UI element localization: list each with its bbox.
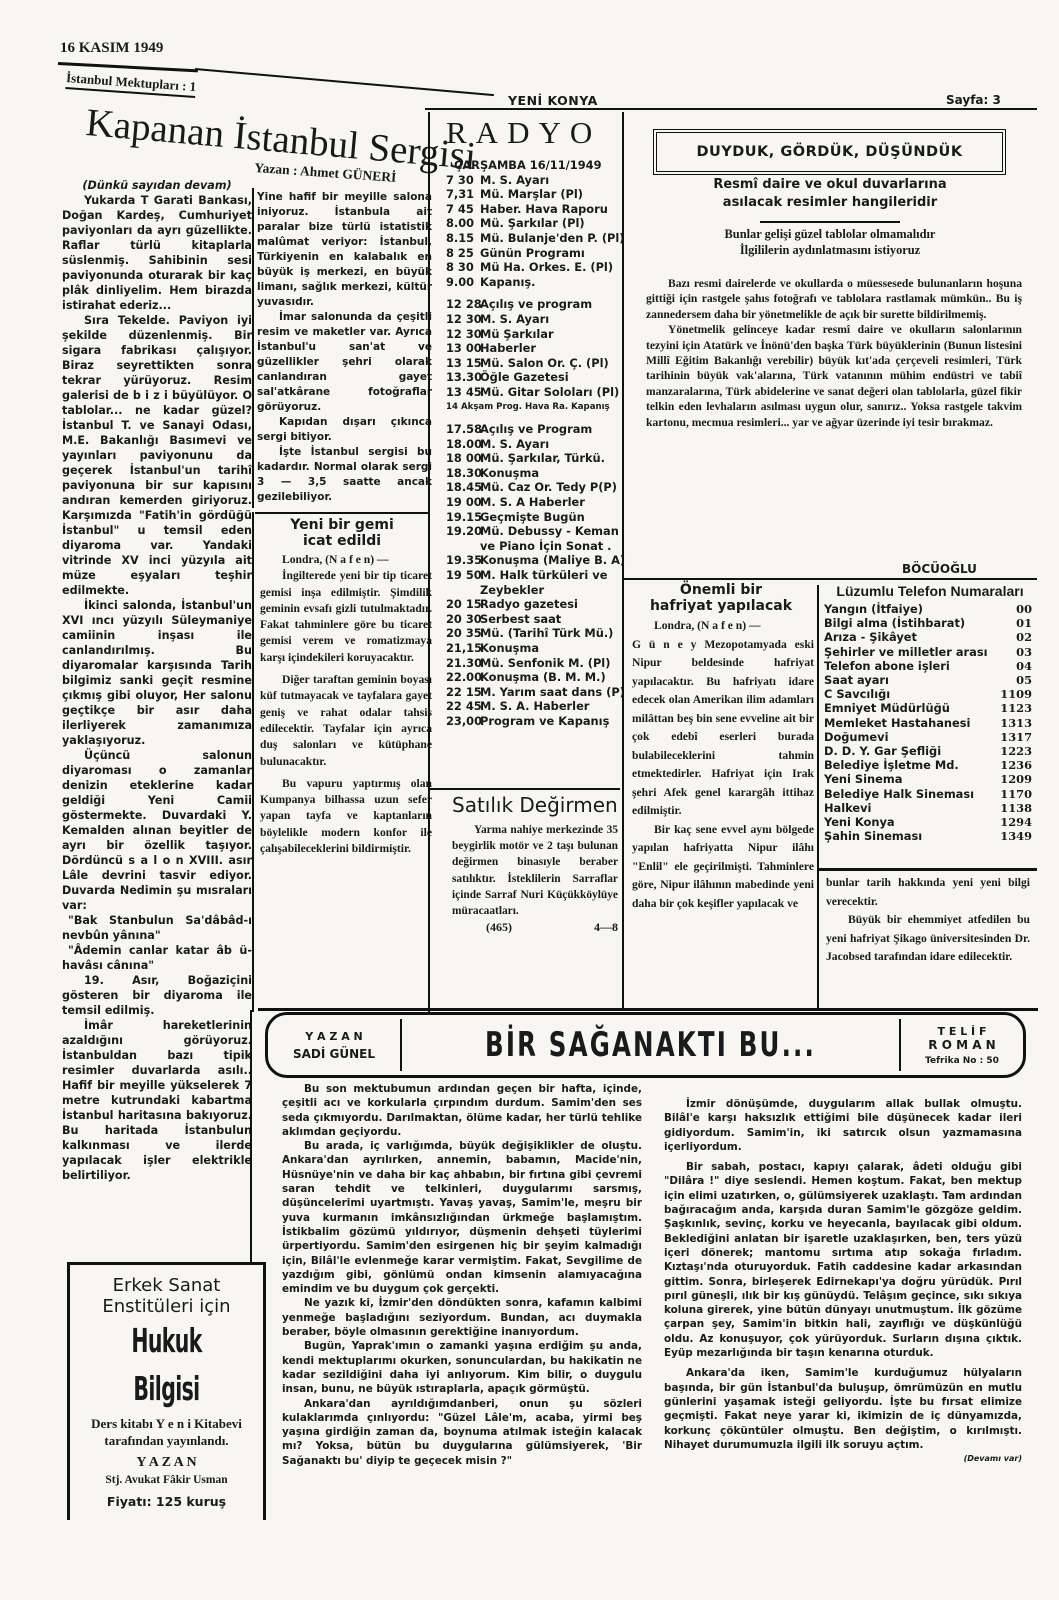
radyo-time: 19.20: [446, 524, 480, 539]
radyo-program: Serbest saat: [480, 612, 561, 627]
column-rule: [252, 188, 254, 508]
radyo-time: 20 15: [446, 597, 480, 612]
radyo-program-row: 18.00M. S. Ayarı: [446, 437, 626, 452]
radyo-program-row: 13 15Mü. Salon Or. Ç. (Pl): [446, 356, 626, 371]
telefon-name: Bilgi alma (İstihbarat): [824, 616, 965, 630]
telefon-number: 1223: [1000, 744, 1032, 758]
telefon-name: Saat ayarı: [824, 673, 889, 687]
paragraph: Ne yazık ki, İzmir'den döndükten sonra, …: [282, 1296, 642, 1339]
radyo-program: Haber. Hava Raporu: [480, 202, 608, 217]
radyo-time: 9.00: [446, 275, 480, 290]
hafriyat-body: Londra, (N a f e n) — G ü n e y Mezopota…: [632, 617, 814, 913]
duyduk-signature: BÖCÜOĞLU: [902, 562, 977, 576]
telefon-number: 05: [1016, 673, 1032, 687]
radyo-time: 22.00: [446, 670, 480, 685]
roman-author: SADİ GÜNEL: [268, 1047, 400, 1061]
radyo-time: 8.15: [446, 231, 480, 246]
column-rule: [817, 585, 819, 1010]
gemi-title-line2: icat edildi: [256, 533, 428, 549]
radyo-time: 21.30: [446, 656, 480, 671]
radyo-program: Mü. Marşlar (Pl): [480, 187, 583, 202]
radyo-program-row: ve Piano İçin Sonat .: [446, 539, 626, 554]
radyo-program: Radyo gazetesi: [480, 597, 578, 612]
radyo-program-row: 12 28Açılış ve program: [446, 297, 626, 312]
radyo-program: Mü Ha. Orkes. E. (Pl): [480, 260, 613, 275]
radyo-program-row: 8 30Mü Ha. Orkes. E. (Pl): [446, 260, 626, 275]
sergi-column-2: Yine hafif bir meyille salona iniyoruz. …: [257, 190, 432, 505]
paragraph: Sıra Tekelde. Paviyon iyi şekilde düzenl…: [62, 313, 252, 598]
telefon-number: 1209: [1000, 772, 1032, 786]
telefon-name: Halkevi: [824, 801, 871, 815]
radyo-program: Öğle Gazetesi: [480, 370, 569, 385]
radyo-time: 8.00: [446, 216, 480, 231]
radyo-program-row: 13 45Mü. Gitar Soloları (Pl): [446, 385, 626, 400]
roman-installment: Tefrika No : 50: [901, 1056, 1023, 1066]
radyo-program-row: 8.15Mü. Bulanje'den P. (Pl): [446, 231, 626, 246]
ad-title: Hukuk Bilgisi: [107, 1317, 227, 1413]
radyo-program-row: 18.30Konuşma: [446, 466, 626, 481]
column-rule: [252, 512, 254, 1012]
paragraph: Bu son mektubumun ardından geçen bir haf…: [282, 1082, 642, 1139]
radyo-evening-list: 17.58Açılış ve Program18.00M. S. Ayarı18…: [446, 422, 626, 728]
radyo-program-row: 13 00Haberler: [446, 341, 626, 356]
hafriyat-title: Önemli bir hafriyat yapılacak: [628, 582, 814, 614]
radyo-time: 12 30: [446, 327, 480, 342]
telefon-row: Yangın (İtfaiye)00: [824, 602, 1032, 616]
paragraph: Yönetmelik gelinceye kadar resmî daire v…: [646, 322, 1022, 430]
radyo-time: 7,31: [446, 187, 480, 202]
radyo-program-row: 7 30M. S. Ayarı: [446, 173, 626, 188]
telefon-row: Bilgi alma (İstihbarat)01: [824, 616, 1032, 630]
verse-line: "Âdemin canlar katar âb ü-havâsı cânına": [62, 943, 252, 973]
radyo-time: 23,00: [446, 714, 480, 729]
ad-author: Stj. Avukat Fâkir Usman: [70, 1474, 263, 1486]
roman-yazan: Y A Z A N: [268, 1030, 400, 1043]
radyo-program-row: 20 15Radyo gazetesi: [446, 597, 626, 612]
hafriyat-continuation: bunlar tarih hakkında yeni yeni bilgi ve…: [826, 874, 1030, 967]
radyo-program: Açılış ve program: [480, 297, 592, 312]
duyduk-sub-line2: İlgililerin aydınlatmasını istiyoruz: [630, 242, 1030, 258]
radyo-program: Mü Şarkılar: [480, 327, 554, 342]
left-page-rule: [250, 1010, 252, 1265]
radyo-program-row: 21,15Konuşma: [446, 641, 626, 656]
paragraph: Yukarda T Garati Bankası, Doğan Kardeş, …: [62, 193, 252, 313]
radyo-program: Konuşma (B. M. M.): [480, 670, 606, 685]
paragraph: bunlar tarih hakkında yeni yeni bilgi ve…: [826, 874, 1030, 911]
radyo-time: [446, 539, 480, 554]
paragraph: İkinci salonda, İstanbul'un XVI ıncı yüz…: [62, 598, 252, 748]
telefon-row: Doğumevi1317: [824, 730, 1032, 744]
ad-degirmen-text: Yarma nahiye merkezinde 35 beygirlik mot…: [452, 822, 618, 919]
radyo-program-row: 18.45Mü. Caz Or. Tedy P(P): [446, 480, 626, 495]
radyo-program-row: 19 00M. S. A Haberler: [446, 495, 626, 510]
radyo-program: Konuşma: [480, 466, 539, 481]
roman-author-box: Y A Z A N SADİ GÜNEL: [268, 1019, 402, 1071]
radyo-time: 13 15: [446, 356, 480, 371]
telefon-row: Saat ayarı05: [824, 673, 1032, 687]
radyo-program: Mü. Bulanje'den P. (Pl): [480, 231, 625, 246]
telefon-row: C Savcılığı1109: [824, 687, 1032, 701]
telefon-number: 1109: [1000, 687, 1032, 701]
section-rule: [430, 788, 620, 790]
gemi-title-line1: Yeni bir gemi: [256, 517, 428, 533]
radyo-program-row: 20 35Mü. (Tarihî Türk Mü.): [446, 626, 626, 641]
radyo-program: M. S. Ayarı: [480, 173, 549, 188]
radyo-program-row: 22 45M. S. A. Haberler: [446, 699, 626, 714]
section-rule: [258, 1008, 1038, 1011]
telefon-row: Arıza - Şikâyet02: [824, 630, 1032, 644]
radyo-time: 13.30: [446, 370, 480, 385]
paragraph: Ankara'dan ayrıldığımdanberi, onun şu sö…: [282, 1397, 642, 1468]
roman-telif: T E L İ F: [901, 1025, 1023, 1038]
telefon-row: D. D. Y. Gar Şefliği1223: [824, 744, 1032, 758]
telefon-row: Emniyet Müdürlüğü1123: [824, 701, 1032, 715]
telefon-number: 1236: [1000, 758, 1032, 772]
telefon-row: Yeni Sinema1209: [824, 772, 1032, 786]
telefon-name: D. D. Y. Gar Şefliği: [824, 744, 941, 758]
ad-yazan: Y A Z A N: [70, 1455, 263, 1471]
ad-body: Ders kitabı Y e n i Kitabevi tarafından …: [70, 1413, 263, 1451]
paragraph: İşte İstanbul sergisi bu kadardır. Norma…: [257, 445, 432, 505]
radyo-program: Mü. Şarkılar, Türkü.: [480, 451, 605, 466]
radyo-program-row: 23,00Program ve Kapanış: [446, 714, 626, 729]
paragraph: İzmir dönüşümde, duygularım allak bullak…: [664, 1097, 1022, 1154]
radyo-program: Açılış ve Program: [480, 422, 592, 437]
ad-degirmen-body: Yarma nahiye merkezinde 35 beygirlik mot…: [452, 822, 618, 935]
radyo-time: 20 35: [446, 626, 480, 641]
radyo-program-row: 12 30Mü Şarkılar: [446, 327, 626, 342]
radyo-program-row: 7,31Mü. Marşlar (Pl): [446, 187, 626, 202]
telefon-name: Şahin Sineması: [824, 829, 922, 843]
radyo-time: 19.35: [446, 553, 480, 568]
paragraph: İmar salonunda da çeşitli resim ve maket…: [257, 310, 432, 415]
dateline: Londra, (N a f e n) —: [632, 617, 814, 636]
telefon-name: Şehirler ve milletler arası: [824, 645, 988, 659]
gemi-body: Londra, (N a f e n) — İngilterede yeni b…: [260, 552, 432, 857]
radyo-time: 13 45: [446, 385, 480, 400]
duyduk-headline: Resmî daire ve okul duvarlarına asılacak…: [630, 176, 1030, 212]
radyo-time: 19 00: [446, 495, 480, 510]
telefon-number: 02: [1016, 630, 1032, 644]
masthead-rule-wave: [195, 68, 494, 96]
radyo-program: Mü. Şarkılar (Pl): [480, 216, 585, 231]
telefon-list: Yangın (İtfaiye)00Bilgi alma (İstihbarat…: [824, 602, 1032, 843]
continues-note: (Devamı var): [664, 1452, 1022, 1466]
paragraph: Üçüncü salonun diyaroması o zamanlar den…: [62, 748, 252, 913]
telefon-number: 04: [1016, 659, 1032, 673]
radyo-program: Program ve Kapanış: [480, 714, 609, 729]
telefon-title: Lüzumlu Telefon Numaraları: [826, 583, 1034, 599]
roman-banner: Y A Z A N SADİ GÜNEL BİR SAĞANAKTI BU...…: [265, 1012, 1026, 1078]
radyo-time: 19 50: [446, 568, 480, 583]
issue-date: 16 KASIM 1949: [60, 40, 163, 57]
radyo-time: 19.15: [446, 510, 480, 525]
telefon-name: Doğumevi: [824, 730, 888, 744]
paragraph: Büyük bir ehemmiyet atfedilen bu yeni ha…: [826, 911, 1030, 967]
roman-column-1: Bu son mektubumun ardından geçen bir haf…: [282, 1082, 642, 1468]
telefon-number: 1313: [1000, 716, 1032, 730]
radyo-morning-list: 7 30M. S. Ayarı7,31Mü. Marşlar (Pl)7 45H…: [446, 173, 626, 290]
hafriyat-title-line2: hafriyat yapılacak: [628, 598, 814, 614]
radyo-time: 21,15: [446, 641, 480, 656]
telefon-number: 1317: [1000, 730, 1032, 744]
ad-issue: 4—8: [594, 919, 618, 935]
telefon-name: Yangın (İtfaiye): [824, 602, 923, 616]
telefon-number: 00: [1016, 602, 1032, 616]
radyo-program: Geçmişte Bugün: [480, 510, 585, 525]
radyo-program: Mü. Gitar Soloları (Pl): [480, 385, 619, 400]
telefon-row: Belediye İşletme Md.1236: [824, 758, 1032, 772]
roman-title: BİR SAĞANAKTI BU...: [472, 1025, 830, 1065]
telefon-number: 1349: [1000, 829, 1032, 843]
paragraph: Kapıdan dışarı çıkınca sergi bitiyor.: [257, 415, 432, 445]
ad-line-2: Enstitüleri için: [70, 1296, 263, 1317]
dateline: Londra, (N a f e n) —: [260, 552, 432, 568]
duyduk-headline-line2: asılacak resimler hangileridir: [630, 194, 1030, 212]
duyduk-sub-line1: Bunlar gelişi güzel tablolar olmamalıdır: [630, 226, 1030, 242]
radyo-time: 22 15: [446, 685, 480, 700]
radyo-time: 13 00: [446, 341, 480, 356]
radyo-time: 17.58: [446, 422, 480, 437]
radyo-time: [446, 583, 480, 598]
radyo-program-row: 12 30M. S. Ayarı: [446, 312, 626, 327]
radyo-program: M. Halk türküleri ve: [480, 568, 607, 583]
radyo-program-row: 19.20Mü. Debussy - Keman: [446, 524, 626, 539]
radyo-time: 22 45: [446, 699, 480, 714]
telefon-row: Telefon abone işleri04: [824, 659, 1032, 673]
telefon-name: Yeni Sinema: [824, 772, 902, 786]
gemi-title: Yeni bir gemi icat edildi: [256, 517, 428, 549]
radyo-time: 12 30: [446, 312, 480, 327]
telefon-row: Memleket Hastahanesi1313: [824, 716, 1032, 730]
paragraph: Yine hafif bir meyille salona iniyoruz. …: [257, 190, 432, 310]
telefon-row: Halkevi1138: [824, 801, 1032, 815]
paragraph: G ü n e y Mezopotamyada eski Nipur belde…: [632, 636, 814, 821]
paragraph: Bazı resmi dairelerde ve okullarda o müe…: [646, 276, 1022, 322]
hafriyat-title-line1: Önemli bir: [628, 582, 814, 598]
telefon-number: 01: [1016, 616, 1032, 630]
telefon-number: 03: [1016, 645, 1032, 659]
telefon-number: 1138: [1000, 801, 1032, 815]
telefon-name: Emniyet Müdürlüğü: [824, 701, 950, 715]
series-label: İstanbul Mektupları : 1: [65, 70, 196, 98]
radyo-noon-list: 12 28Açılış ve program12 30M. S. Ayarı12…: [446, 297, 626, 399]
radyo-schedule: ÇARŞAMBA 16/11/1949 7 30M. S. Ayarı7,31M…: [446, 158, 626, 729]
paragraph: İmâr hareketlerinin azaldığını görüyoruz…: [62, 1018, 252, 1183]
radyo-program: Zeybekler: [480, 583, 544, 598]
radyo-program: Konuşma: [480, 641, 539, 656]
radyo-program-row: 17.58Açılış ve Program: [446, 422, 626, 437]
paragraph: Ankara'da iken, Samim'le kurduğumuz hüly…: [664, 1366, 1022, 1452]
telefon-name: Arıza - Şikâyet: [824, 630, 917, 644]
paragraph: Diğer taraftan geminin boyası küf tutmay…: [260, 672, 432, 770]
duyduk-subhead: Bunlar gelişi güzel tablolar olmamalıdır…: [630, 226, 1030, 258]
radyo-program: M. S. Ayarı: [480, 312, 549, 327]
radyo-program-row: 20 30Serbest saat: [446, 612, 626, 627]
radyo-program-row: 19.15Geçmişte Bugün: [446, 510, 626, 525]
radyo-title: RADYO: [446, 115, 601, 151]
radyo-program-row: 8 25Günün Programı: [446, 246, 626, 261]
telefon-name: Telefon abone işleri: [824, 659, 950, 673]
telefon-name: Memleket Hastahanesi: [824, 716, 970, 730]
paragraph: Bir sabah, postacı, kapıyı çalarak, âdet…: [664, 1160, 1022, 1360]
ad-line-1: Erkek Sanat: [70, 1275, 263, 1296]
ad-hukuk-bilgisi: Erkek Sanat Enstitüleri için Hukuk Bilgi…: [67, 1262, 266, 1520]
radyo-program-row: 21.30Mü. Senfonik M. (Pl): [446, 656, 626, 671]
radyo-program: M. Yarım saat dans (P): [480, 685, 625, 700]
paragraph: Bugün, Yaprak'ımın o zamanki yaşına erdi…: [282, 1339, 642, 1396]
telefon-row: Şehirler ve milletler arası03: [824, 645, 1032, 659]
radyo-time: 20 30: [446, 612, 480, 627]
radyo-program-row: 19 50M. Halk türküleri ve: [446, 568, 626, 583]
radyo-program: Mü. Senfonik M. (Pl): [480, 656, 610, 671]
section-rule: [819, 868, 1037, 871]
radyo-time: 18.00: [446, 437, 480, 452]
radyo-program: ve Piano İçin Sonat .: [480, 539, 612, 554]
telefon-number: 1170: [1000, 787, 1032, 801]
radyo-time: 8 25: [446, 246, 480, 261]
radyo-time: 7 30: [446, 173, 480, 188]
paragraph: Bu arada, iç varlığımda, büyük değişikli…: [282, 1139, 642, 1296]
radyo-noon-note: 14 Akşam Prog. Hava Ra. Kapanış: [446, 400, 626, 415]
radyo-time: 7 45: [446, 202, 480, 217]
radyo-program: Kapanış.: [480, 275, 535, 290]
radyo-program: Mü. (Tarihî Türk Mü.): [480, 626, 613, 641]
telefon-row: Şahin Sineması1349: [824, 829, 1032, 843]
radyo-program: Konuşma (Maliye B. A): [480, 553, 625, 568]
headline-rule: [760, 221, 900, 223]
roman-label: R O M A N: [901, 1038, 1023, 1052]
duyduk-body: Bazı resmi dairelerde ve okullarda o müe…: [646, 276, 1022, 430]
paragraph: Bir kaç sene evvel aynı bölgede yapılan …: [632, 821, 814, 914]
telefon-name: Belediye Halk Sineması: [824, 787, 974, 801]
roman-column-2: İzmir dönüşümde, duygularım allak bullak…: [664, 1097, 1022, 1466]
radyo-program: Mü. Caz Or. Tedy P(P): [480, 480, 617, 495]
roman-info-box: T E L İ F R O M A N Tefrika No : 50: [899, 1019, 1023, 1071]
newspaper-page: 16 KASIM 1949 İstanbul Mektupları : 1 YE…: [0, 0, 1059, 1600]
radyo-program-row: 8.00Mü. Şarkılar (Pl): [446, 216, 626, 231]
radyo-program: Mü. Debussy - Keman: [480, 524, 619, 539]
radyo-time: 18.45: [446, 480, 480, 495]
column-rule: [428, 112, 430, 1012]
radyo-program: Haberler: [480, 341, 536, 356]
radyo-time: 8 30: [446, 260, 480, 275]
page-number: Sayfa: 3: [946, 93, 1001, 107]
ad-price: Fiyatı: 125 kuruş: [70, 1494, 263, 1509]
radyo-program: M. S. Ayarı: [480, 437, 549, 452]
verse-line: "Bak Stanbulun Sa'dâbâd-ı nevbûn yânına": [62, 913, 252, 943]
ad-ref: (465): [486, 919, 512, 935]
section-rule: [255, 512, 430, 514]
radyo-program: M. S. A. Haberler: [480, 699, 589, 714]
radyo-program-row: 18 00Mü. Şarkılar, Türkü.: [446, 451, 626, 466]
radyo-program-row: 13.30Öğle Gazetesi: [446, 370, 626, 385]
radyo-program: M. S. A Haberler: [480, 495, 585, 510]
radyo-time: 18.30: [446, 466, 480, 481]
radyo-time: 12 28: [446, 297, 480, 312]
duyduk-banner: DUYDUK, GÖRDÜK, DÜŞÜNDÜK: [653, 129, 1006, 175]
radyo-program-row: 22 15M. Yarım saat dans (P): [446, 685, 626, 700]
ad-degirmen-title: Satılık Değirmen: [452, 793, 618, 817]
telefon-number: 1294: [1000, 815, 1032, 829]
telefon-number: 1123: [1000, 701, 1032, 715]
duyduk-banner-text: DUYDUK, GÖRDÜK, DÜŞÜNDÜK: [696, 144, 962, 160]
radyo-program-row: 9.00Kapanış.: [446, 275, 626, 290]
paragraph: 19. Asır, Boğaziçini gösteren bir diyaro…: [62, 973, 252, 1018]
column-rule: [622, 112, 624, 1010]
section-rule: [624, 578, 1037, 580]
paper-name: YENİ KONYA: [508, 93, 598, 108]
radyo-program-row: 7 45Haber. Hava Raporu: [446, 202, 626, 217]
telefon-name: C Savcılığı: [824, 687, 890, 701]
radyo-program-row: Zeybekler: [446, 583, 626, 598]
sergi-column-1: (Dünkü sayıdan devam) Yukarda T Garati B…: [62, 178, 252, 1183]
paragraph: Bu vapuru yaptırmış olan Kumpanya bilhas…: [260, 776, 432, 857]
radyo-program: Günün Programı: [480, 246, 585, 261]
ad-degirmen-footer: (465) 4—8: [452, 919, 618, 935]
radyo-program-row: 19.35Konuşma (Maliye B. A): [446, 553, 626, 568]
radyo-program: Mü. Salon Or. Ç. (Pl): [480, 356, 609, 371]
radyo-program-row: 22.00Konuşma (B. M. M.): [446, 670, 626, 685]
telefon-row: Belediye Halk Sineması1170: [824, 787, 1032, 801]
telefon-name: Yeni Konya: [824, 815, 895, 829]
radyo-time: 18 00: [446, 451, 480, 466]
radyo-day: ÇARŞAMBA 16/11/1949: [446, 158, 626, 173]
telefon-name: Belediye İşletme Md.: [824, 758, 959, 772]
masthead-rule: [425, 108, 1037, 110]
telefon-row: Yeni Konya1294: [824, 815, 1032, 829]
paragraph: İngilterede yeni bir tip ticaret gemisi …: [260, 568, 432, 666]
continued-note: (Dünkü sayıdan devam): [62, 178, 252, 193]
duyduk-headline-line1: Resmî daire ve okul duvarlarına: [630, 176, 1030, 194]
